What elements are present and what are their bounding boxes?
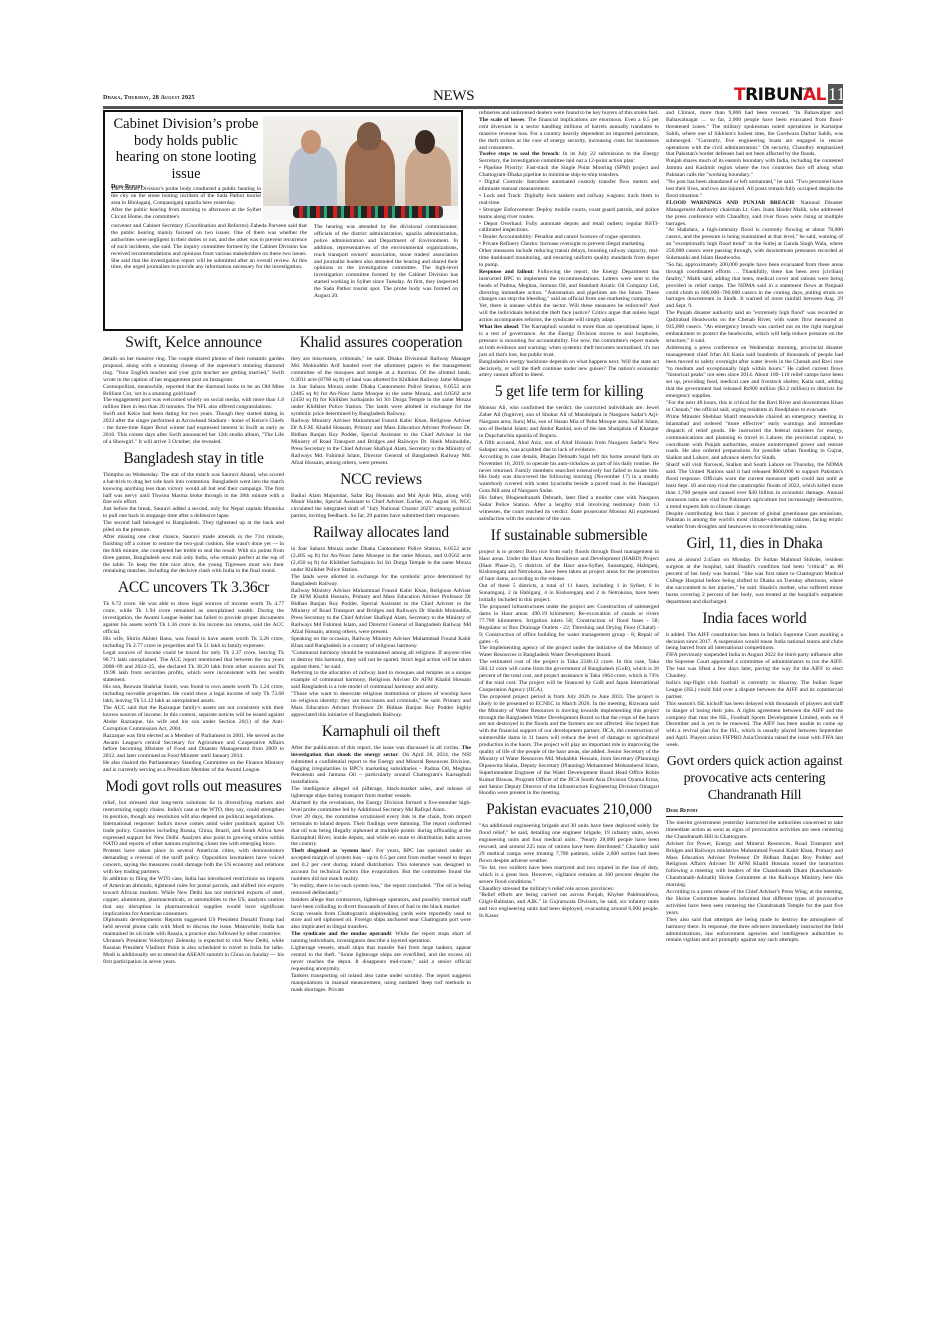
newspaper-page: Dhaka, Thursday, 28 August 2025 NEWS TRI… [103,80,843,1280]
paragraph: According to a press release of the Chie… [666,889,843,917]
paragraph: The hearing was attended by the division… [314,224,458,300]
paragraph: After the public hearing from morning to… [111,207,261,221]
paragraph: • Pipeline Priority: Fast-track the Sing… [479,165,659,179]
paragraph: The estimated cost of the project is Tak… [479,659,659,694]
paragraph: Swift and Kelce had been dating for two … [103,411,284,446]
paragraph: Response and fallout: Following the repo… [479,269,659,304]
paragraph: Bangladesh's energy backbone depends on … [479,359,659,380]
paragraph: Yet, there is unease within the sector. … [479,303,659,324]
paragraph: Razzaque was first elected as a Member o… [103,733,284,761]
paragraph: Other measures include reducing transit … [479,248,659,269]
brand-subtitle: The daily [798,80,812,98]
article-body: project is to protect Boro rice from ear… [479,549,659,798]
paragraph: Punjab shares much of its eastern bounda… [666,158,843,179]
article-bangladesh: Bangladesh stay in title Thimphu on Wedn… [103,450,284,576]
lead-body-left: The Cabinet Division’s probe body conduc… [111,186,261,221]
paragraph: "So far, approximately 200,000 people ha… [666,262,843,310]
lead-body-left-wide: convener and Cabinet Secretary (Coordina… [111,223,307,271]
paragraph: In addition to filing the WTO case, Indi… [103,876,284,917]
article-railway: Railway allocates land in Joar Sahara Mo… [291,524,471,719]
paragraph: The Punjab disaster authority said an "e… [666,310,843,345]
paragraph: Just before the break, Sauravi added a s… [103,506,284,520]
lead-headline: Cabinet Division’s probe body holds publ… [111,116,261,182]
paragraph: India's top-flight club football is curr… [666,680,843,701]
paragraph: it added. The AIFF constitution has been… [666,632,843,653]
paragraph: The Cabinet Division’s probe body conduc… [111,186,261,207]
paragraph: The second half belonged to Bangladesh. … [103,520,284,534]
article-body: "An additional engineering brigade and 3… [479,823,659,920]
paragraph: "Communal harmony should be maintained a… [291,650,471,671]
article-body: After the publication of this report, th… [291,745,471,994]
article-khalid: Khalid assures cooperation they are misc… [291,334,471,467]
person-head [301,130,321,154]
paragraph: After missing one clear chance, Sauravi … [103,534,284,575]
brand-mid: RIBUN [745,85,803,105]
paragraph: project is to protect Boro rice from ear… [479,549,659,584]
paragraph: The proposed project period is from July… [479,694,659,798]
headline: If sustainable submersible [479,527,659,545]
paragraph: • Private Refinery Checks: Increase over… [479,241,659,248]
paragraph: The implementing agency of the project u… [479,645,659,659]
paragraph: Cosmopolitan, meanwhile, reported that t… [103,384,284,398]
paragraph: • Digital Controls: Introduce automated … [479,179,659,193]
paragraph: Addressing a press conference on Wednesd… [666,345,843,400]
paragraph: "Those who want to desecrate religious i… [291,691,471,719]
brand-prefix: T [734,85,745,105]
paragraph: Ukraine's President Volodymyr Zelensky i… [103,938,284,966]
paragraph: "Relief efforts are being carried out ac… [479,892,659,920]
paragraph: "No post has been abandoned or left unma… [666,179,843,200]
article-india: India faces world it added. The AIFF con… [666,610,843,749]
article-body: Badiul Alam Majumdar, Safar Raj Hossain … [291,493,471,521]
paragraph: "At Shahdara, a high-intensity flood is … [666,227,843,262]
article-chandranath: Govt orders quick action against provoca… [666,753,843,944]
paragraph: Monsur Ali, who confirmed the verdict, t… [479,405,659,440]
paragraph: refineries and unlicensed dealers were f… [479,110,659,117]
article-body: refineries and unlicensed dealers were f… [479,110,659,379]
paragraph: area at around 2:45am on Monday. Dr Sult… [666,557,843,605]
paragraph: Theft disguised as 'system loss': For ye… [291,848,471,883]
paragraph: Railway Ministry Adviser Muhammad Fouzul… [291,588,471,636]
paragraph: The lands were allotted in exchange for … [291,574,471,588]
paragraph: • Stronger Enforcement: Deploy mobile co… [479,207,659,221]
headline: Pakistan evacuates 210,000 [479,801,659,819]
article-pakistan-continued: and Chiniot, more than 9,000 had been re… [666,110,843,531]
paragraph: International response: India's move com… [103,821,284,849]
headline: ACC uncovers Tk 3.36cr [103,579,284,597]
article-girl: Girl, 11, dies in Dhaka area at around 2… [666,535,843,605]
paragraph: convener and Cabinet Secretary (Coordina… [111,223,307,271]
article-ncc: NCC reviews Badiul Alam Majumdar, Safar … [291,471,471,521]
microphones [293,206,443,218]
paragraph: Sharif will visit Narowal, Sialkot and S… [666,462,843,510]
column-1: Swift, Kelce announce details on her mas… [103,330,284,966]
paragraph: Speaking on the occasion, Railway Minist… [291,636,471,650]
person-head [415,130,435,154]
article-acc: ACC uncovers Tk 3.36cr Tk 6.72 crore. He… [103,579,284,774]
paragraph: Lighterage vessels, small ships that tra… [291,945,471,973]
paragraph: Adviser for Power, Energy and Mineral Re… [666,841,843,889]
article-pakistan: Pakistan evacuates 210,000 "An additiona… [479,801,659,920]
article-body: Tk 6.72 crore. He was able to show legal… [103,601,284,774]
paragraph: The proposed infrastructures under the p… [479,604,659,645]
paragraph: A fifth accused, Abul Aziz, son of Altaf… [479,440,659,454]
article-body: in Joar Sahara Mouza under Dhaka Cantonm… [291,546,471,719]
paragraph: "For the next 48 hours, this is critical… [666,400,843,414]
paragraph: What lies ahead: The Karnaphuli scandal … [479,324,659,359]
headline: Swift, Kelce announce [103,334,284,352]
article-body: relief, but stressed that long-term solu… [103,800,284,966]
article-body: and Chiniot, more than 9,000 had been re… [666,110,843,531]
paragraph: The ACC said that the Razzaque family's … [103,705,284,733]
dateline: Dhaka, Thursday, 28 August 2025 [103,94,195,101]
paragraph: Referring to the allocation of railway l… [291,670,471,691]
paragraph: After the publication of this report, th… [291,745,471,786]
paragraph: Tankers transporting oil inland also cam… [291,973,471,994]
headline: Bangladesh stay in title [103,450,284,468]
article-modi: Modi govt rolls out measures relief, but… [103,778,284,966]
article-body: The interim government yesterday instruc… [666,820,843,944]
paragraph: The scale of losses: The financial impli… [479,117,659,152]
paragraph: Out of these 5 districts, a total of 11 … [479,583,659,604]
paragraph: Railway Ministry Adviser Muhammad Fouzul… [291,418,471,466]
paragraph: Despite contributing less than 1 percent… [666,511,843,532]
brand-wordmark: TRIBUNAL The daily [734,86,826,104]
paragraph: Protests have taken place in several Ame… [103,848,284,876]
headline: Railway allocates land [291,524,471,542]
headline: NCC reviews [291,471,471,489]
paragraph: The syndicate and the modus operandi: Wh… [291,931,471,945]
paragraph: Over 20 days, the committee scrutinised … [291,814,471,849]
paragraph: Diplomatic developments: Reports suggest… [103,917,284,938]
headline: India faces world [666,610,843,628]
paragraph: His wife, Shirin Akhter Banu, was found … [103,636,284,650]
article-swift: Swift, Kelce announce details on her mas… [103,334,284,446]
paragraph: He also chaired the Parliamentary Standi… [103,760,284,774]
paragraph: details on her massive ring. The couple … [103,356,284,384]
page-number: 11 [828,84,843,104]
paragraph: According to case details, Bhajan Debnat… [479,454,659,495]
article-life-term: 5 get life term for killing Monsur Ali, … [479,383,659,522]
headline: Govt orders quick action against provoca… [666,753,843,804]
paragraph: relief, but stressed that long-term solu… [103,800,284,821]
brand-logo: TRIBUNAL The daily 11 [734,80,843,104]
paragraph: • Depot Overhaul: Fully automate depots … [479,221,659,235]
column-3: refineries and unlicensed dealers were f… [479,110,659,920]
paragraph: "An additional engineering brigade and 3… [479,823,659,864]
paragraph: in Joar Sahara Mouza under Dhaka Cantonm… [291,546,471,574]
article-submersible: If sustainable submersible project is to… [479,527,659,798]
article-body: details on her massive ring. The couple … [103,356,284,446]
headline: Khalid assures cooperation [291,334,471,352]
column-4: and Chiniot, more than 9,000 had been re… [666,110,843,944]
paragraph: Alarmed by the revelations, the Energy D… [291,800,471,814]
paragraph: His father, Bhupendranath Debnath, later… [479,495,659,523]
article-body: it added. The AIFF constitution has been… [666,632,843,749]
press-conference-photo [263,116,458,220]
lead-body-right: The hearing was attended by the division… [314,224,458,300]
headline: Karnaphuli oil theft [291,723,471,741]
article-body: Thimphu on Wednesday. The star of the ma… [103,472,284,576]
article-body: they are miscreants, criminals," he said… [291,356,471,467]
section-title: NEWS [433,88,474,105]
byline: Desk Report [666,808,843,817]
paragraph: Twelve steps to seal the breach: In its … [479,151,659,165]
headline: Girl, 11, dies in Dhaka [666,535,843,553]
paragraph: This season's ISL kickoff has been delay… [666,701,843,749]
paragraph: FIFA previously suspended India in Augus… [666,652,843,680]
person-head [357,122,381,150]
person-figure [405,146,451,210]
paragraph: Prime Minister Shehbaz Sharif meanwhile … [666,414,843,462]
article-energy-continued: refineries and unlicensed dealers were f… [479,110,659,379]
paragraph: The intelligence alleged oil pilferage, … [291,786,471,800]
paragraph: "In reality, there is no such system los… [291,883,471,897]
paragraph: The engagement post was welcomed widely … [103,397,284,411]
paragraph: Scrap vessels from Chattogram's shipbrea… [291,911,471,932]
column-2: Khalid assures cooperation they are misc… [291,330,471,993]
masthead-rule [103,106,843,109]
lead-story-box: Cabinet Division’s probe body holds publ… [103,110,463,331]
person-figure [289,146,337,210]
paragraph: FLOOD WARNINGS AND PUNJAB BREACH: Nation… [666,200,843,228]
paragraph: Badiul Alam Majumdar, Safar Raj Hossain … [291,493,471,521]
paragraph: They also said that attempts are being m… [666,917,843,945]
masthead: Dhaka, Thursday, 28 August 2025 NEWS TRI… [103,80,843,108]
paragraph: Insiders allege that contractors, lighte… [291,897,471,911]
headline: Modi govt rolls out measures [103,778,284,796]
paragraph: Legal sources of income could be traced … [103,650,284,685]
paragraph: they are miscreants, criminals," he said… [291,356,471,418]
headline: 5 get life term for killing [479,383,659,401]
paragraph: The interim government yesterday instruc… [666,820,843,841]
paragraph: and Chiniot, more than 9,000 had been re… [666,110,843,158]
paragraph: • Lock and Track: Digitally lock tankers… [479,193,659,207]
article-body: Monsur Ali, who confirmed the verdict, t… [479,405,659,522]
article-body: area at around 2:45am on Monday. Dr Sult… [666,557,843,605]
paragraph: Thimphu on Wednesday. The star of the ma… [103,472,284,507]
paragraph: "So far, two soldiers have been martyred… [479,865,659,886]
paragraph: His son, Rezwan Shahriar Sumit, was foun… [103,684,284,705]
paragraph: Tk 6.72 crore. He was able to show legal… [103,601,284,636]
article-karnaphuli: Karnaphuli oil theft After the publicati… [291,723,471,994]
